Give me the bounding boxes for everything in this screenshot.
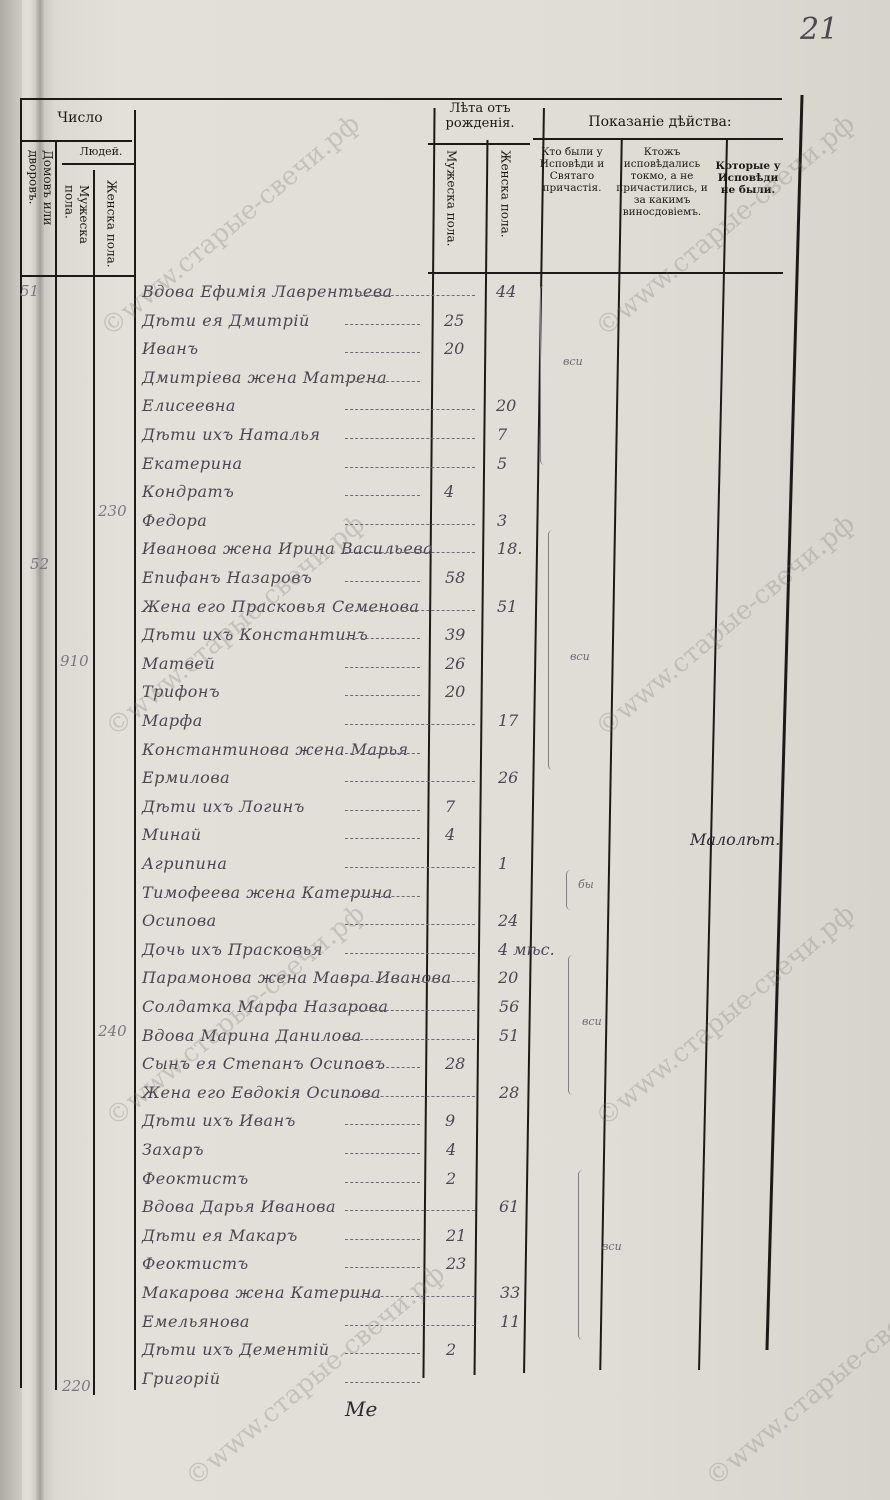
- people-count: 240: [98, 1022, 127, 1040]
- entry-female-age: 20: [496, 396, 516, 415]
- entry-name: Захаръ: [142, 1140, 204, 1159]
- filler-dash: [345, 1039, 475, 1040]
- lyudey-rule: [62, 163, 134, 165]
- entry-female-age: 7: [497, 425, 507, 444]
- entry-female-age: 20: [498, 968, 518, 987]
- entry-female-age: 18.: [497, 539, 522, 558]
- entry-male-age: 2: [446, 1340, 456, 1359]
- header-col-byli: Кто были у Исповѣди и Святаго причастія.: [536, 146, 608, 194]
- leta-rule: [428, 143, 530, 145]
- entry-male-age: 4: [444, 482, 454, 501]
- entry-female-age: 24: [498, 911, 518, 930]
- filler-dash: [345, 1096, 475, 1097]
- entry-female-age: 5: [497, 454, 507, 473]
- filler-dash: [345, 753, 420, 754]
- people-count: 220: [62, 1377, 91, 1395]
- entry-name: Тимофеева жена Катерина: [142, 883, 393, 902]
- filler-dash: [345, 1067, 420, 1068]
- header-pokazanie: Показаніе дѣйства:: [540, 114, 780, 130]
- entry-name: Кондратъ: [142, 482, 234, 501]
- entry-name: Емельянова: [142, 1312, 250, 1331]
- entry-name: Макарова жена Катерина: [142, 1283, 382, 1302]
- entry-name: Иванъ: [142, 339, 199, 358]
- filler-dash: [345, 295, 475, 296]
- col-line-2: [93, 170, 95, 1395]
- filler-dash: [345, 638, 420, 639]
- entry-female-age: 56: [499, 997, 519, 1016]
- annotation-maloletnie: Малолѣт.: [690, 830, 780, 849]
- document-page: 21 Число Людей. Домовъ или дворовъ. Муже…: [0, 0, 890, 1500]
- filler-dash: [345, 581, 420, 582]
- house-number: 51: [20, 282, 39, 300]
- entry-male-age: 26: [445, 654, 465, 673]
- header-bottom-rule-left: [22, 275, 134, 277]
- header-leta: Лѣта отъ рожденія.: [430, 102, 530, 132]
- entry-female-age: 11: [500, 1312, 520, 1331]
- annotation-vsi: вси: [602, 1240, 622, 1253]
- header-domov: Домовъ или дворовъ.: [26, 150, 55, 260]
- house-number: 52: [30, 555, 49, 573]
- page-number: 21: [800, 12, 838, 47]
- entry-female-age: 4 мѣс.: [498, 940, 555, 959]
- entry-male-age: 7: [445, 797, 455, 816]
- filler-dash: [345, 1124, 420, 1125]
- entry-male-age: 2: [446, 1169, 456, 1188]
- entry-name: Екатерина: [142, 454, 243, 473]
- entry-name: Григорій: [142, 1369, 221, 1388]
- entry-female-age: 44: [496, 282, 516, 301]
- col-line-4: [422, 108, 435, 1378]
- col-line-1: [55, 140, 57, 1390]
- entry-female-age: 33: [500, 1283, 520, 1302]
- entry-female-age: 61: [499, 1197, 519, 1216]
- entry-male-age: 20: [445, 682, 465, 701]
- watermark: ©www.старые-свечи.рф: [700, 1259, 890, 1493]
- entry-name: Феоктистъ: [142, 1254, 249, 1273]
- filler-dash: [345, 896, 420, 897]
- filler-dash: [345, 324, 420, 325]
- filler-dash: [345, 438, 475, 439]
- entry-male-age: 4: [446, 1140, 456, 1159]
- people-count: 230: [98, 502, 127, 520]
- filler-dash: [345, 1267, 420, 1268]
- header-female-left: Женска пола.: [104, 180, 118, 270]
- header-top-rule: [22, 98, 782, 100]
- entry-female-age: 1: [498, 854, 508, 873]
- entry-name: Дѣти ихъ Иванъ: [142, 1111, 296, 1130]
- watermark: ©www.старые-свечи.рф: [590, 899, 861, 1133]
- entry-name: Константинова жена Марья: [142, 740, 409, 759]
- entry-name: Агрипина: [142, 854, 227, 873]
- entry-name: Федора: [142, 511, 207, 530]
- annotation-by: бы: [578, 878, 594, 891]
- filler-dash: [345, 981, 475, 982]
- annotation-vsi: вси: [582, 1015, 602, 1028]
- filler-dash: [345, 1010, 475, 1011]
- header-col-tokmo: Ктожъ исповѣдались токмо, а не причастил…: [613, 146, 711, 218]
- entry-male-age: 25: [444, 311, 464, 330]
- entry-name: Ермилова: [142, 768, 230, 787]
- filler-dash: [345, 695, 420, 696]
- col-line-8: [698, 140, 728, 1370]
- entry-name: Минай: [142, 825, 202, 844]
- entry-name: Дѣти ихъ Наталья: [142, 425, 320, 444]
- filler-dash: [345, 352, 420, 353]
- entry-male-age: 9: [445, 1111, 455, 1130]
- header-male: Мужеска пола.: [444, 150, 458, 265]
- filler-dash: [345, 1153, 420, 1154]
- col-line-5: [474, 140, 488, 1375]
- entry-name: Вдова Дарья Иванова: [142, 1197, 336, 1216]
- entry-female-age: 28: [499, 1083, 519, 1102]
- filler-dash: [345, 953, 475, 954]
- filler-dash: [345, 495, 420, 496]
- header-bottom-rule-right: [428, 272, 783, 274]
- entry-name: Дѣти ихъ Логинъ: [142, 797, 305, 816]
- brace-group: [578, 1170, 587, 1340]
- brace-group: [548, 530, 557, 770]
- entry-name: Дѣти ея Дмитрій: [142, 311, 310, 330]
- entry-name: Вдова Марина Данилова: [142, 1026, 362, 1045]
- entry-female-age: 51: [499, 1026, 519, 1045]
- entry-name: Осипова: [142, 911, 217, 930]
- entry-female-age: 17: [498, 711, 518, 730]
- header-female: Женска пола.: [498, 150, 512, 265]
- filler-dash: [345, 810, 420, 811]
- pokazanie-rule: [533, 138, 783, 140]
- annotation-vsi: вси: [570, 650, 590, 663]
- header-male-left: Мужеска пола.: [62, 185, 91, 265]
- header-lyudey: Людей.: [68, 146, 134, 159]
- col-line-9: [765, 95, 803, 1350]
- filler-dash: [345, 1210, 475, 1211]
- filler-dash: [345, 867, 475, 868]
- entry-name: Дмитріева жена Матрена: [142, 368, 387, 387]
- filler-dash: [345, 838, 420, 839]
- entry-male-age: 20: [444, 339, 464, 358]
- filler-dash: [345, 724, 475, 725]
- entry-male-age: 58: [445, 568, 465, 587]
- footer-mark: Ме: [345, 1397, 377, 1421]
- watermark: ©www.старые-свечи.рф: [590, 509, 861, 743]
- filler-dash: [345, 1182, 420, 1183]
- adjacent-page-edge: [0, 0, 22, 1500]
- filler-dash: [345, 1239, 420, 1240]
- entry-name: Елисеевна: [142, 396, 236, 415]
- brace-group: [566, 870, 575, 910]
- filler-dash: [345, 610, 475, 611]
- brace-group: [568, 955, 577, 1095]
- annotation-vsi: вси: [563, 355, 583, 368]
- entry-name: Феоктистъ: [142, 1169, 249, 1188]
- filler-dash: [345, 1382, 420, 1383]
- filler-dash: [345, 781, 475, 782]
- brace-group: [540, 285, 549, 465]
- filler-dash: [345, 467, 475, 468]
- entry-male-age: 23: [446, 1254, 466, 1273]
- entry-male-age: 28: [445, 1054, 465, 1073]
- entry-name: Иванова жена Ирина Васильева: [142, 539, 433, 558]
- entry-name: Дѣти ихъ Дементій: [142, 1340, 330, 1359]
- entry-female-age: 26: [498, 768, 518, 787]
- entry-female-age: 51: [497, 597, 517, 616]
- header-chislo: Число: [30, 110, 130, 126]
- entry-name: Жена его Евдокія Осипова: [142, 1083, 381, 1102]
- filler-dash: [345, 409, 475, 410]
- entry-male-age: 4: [445, 825, 455, 844]
- entry-male-age: 21: [446, 1226, 466, 1245]
- people-count: 910: [60, 652, 89, 670]
- entry-male-age: 39: [445, 625, 465, 644]
- filler-dash: [345, 381, 420, 382]
- chislo-rule: [22, 140, 132, 142]
- entry-name: Дѣти ея Макаръ: [142, 1226, 298, 1245]
- filler-dash: [345, 667, 420, 668]
- entry-female-age: 3: [497, 511, 507, 530]
- filler-dash: [345, 552, 475, 553]
